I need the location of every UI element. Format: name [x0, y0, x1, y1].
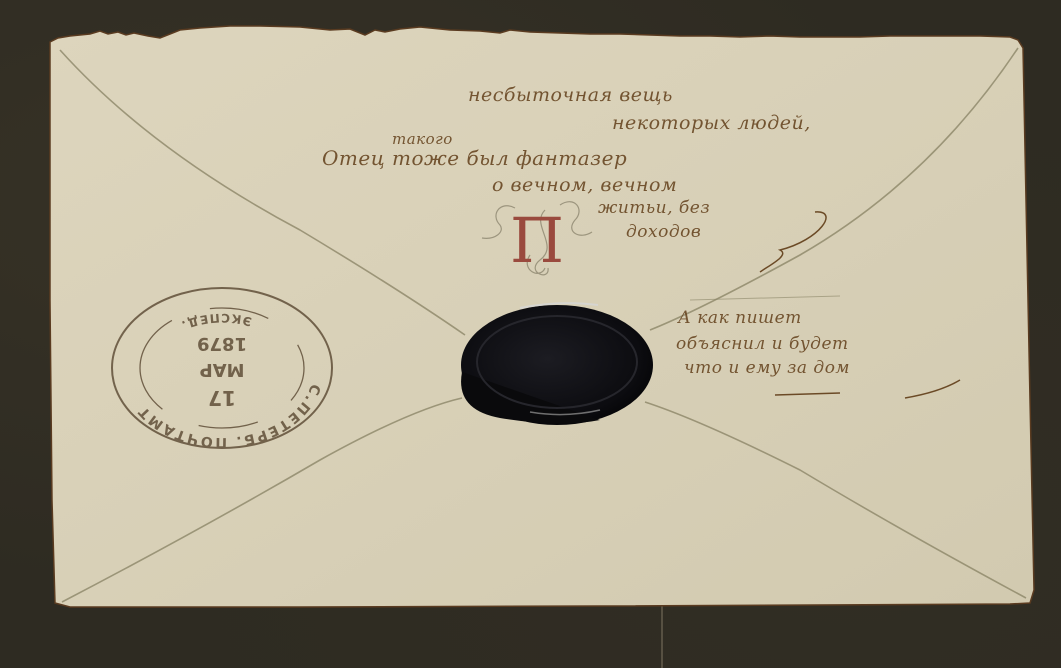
ink-strokes	[0, 0, 1061, 668]
photo-stage: С.ПЕТЕРБ. ПОЧТАМТ ЭКСПЕД. 17 МАР 1879 П …	[0, 0, 1061, 668]
